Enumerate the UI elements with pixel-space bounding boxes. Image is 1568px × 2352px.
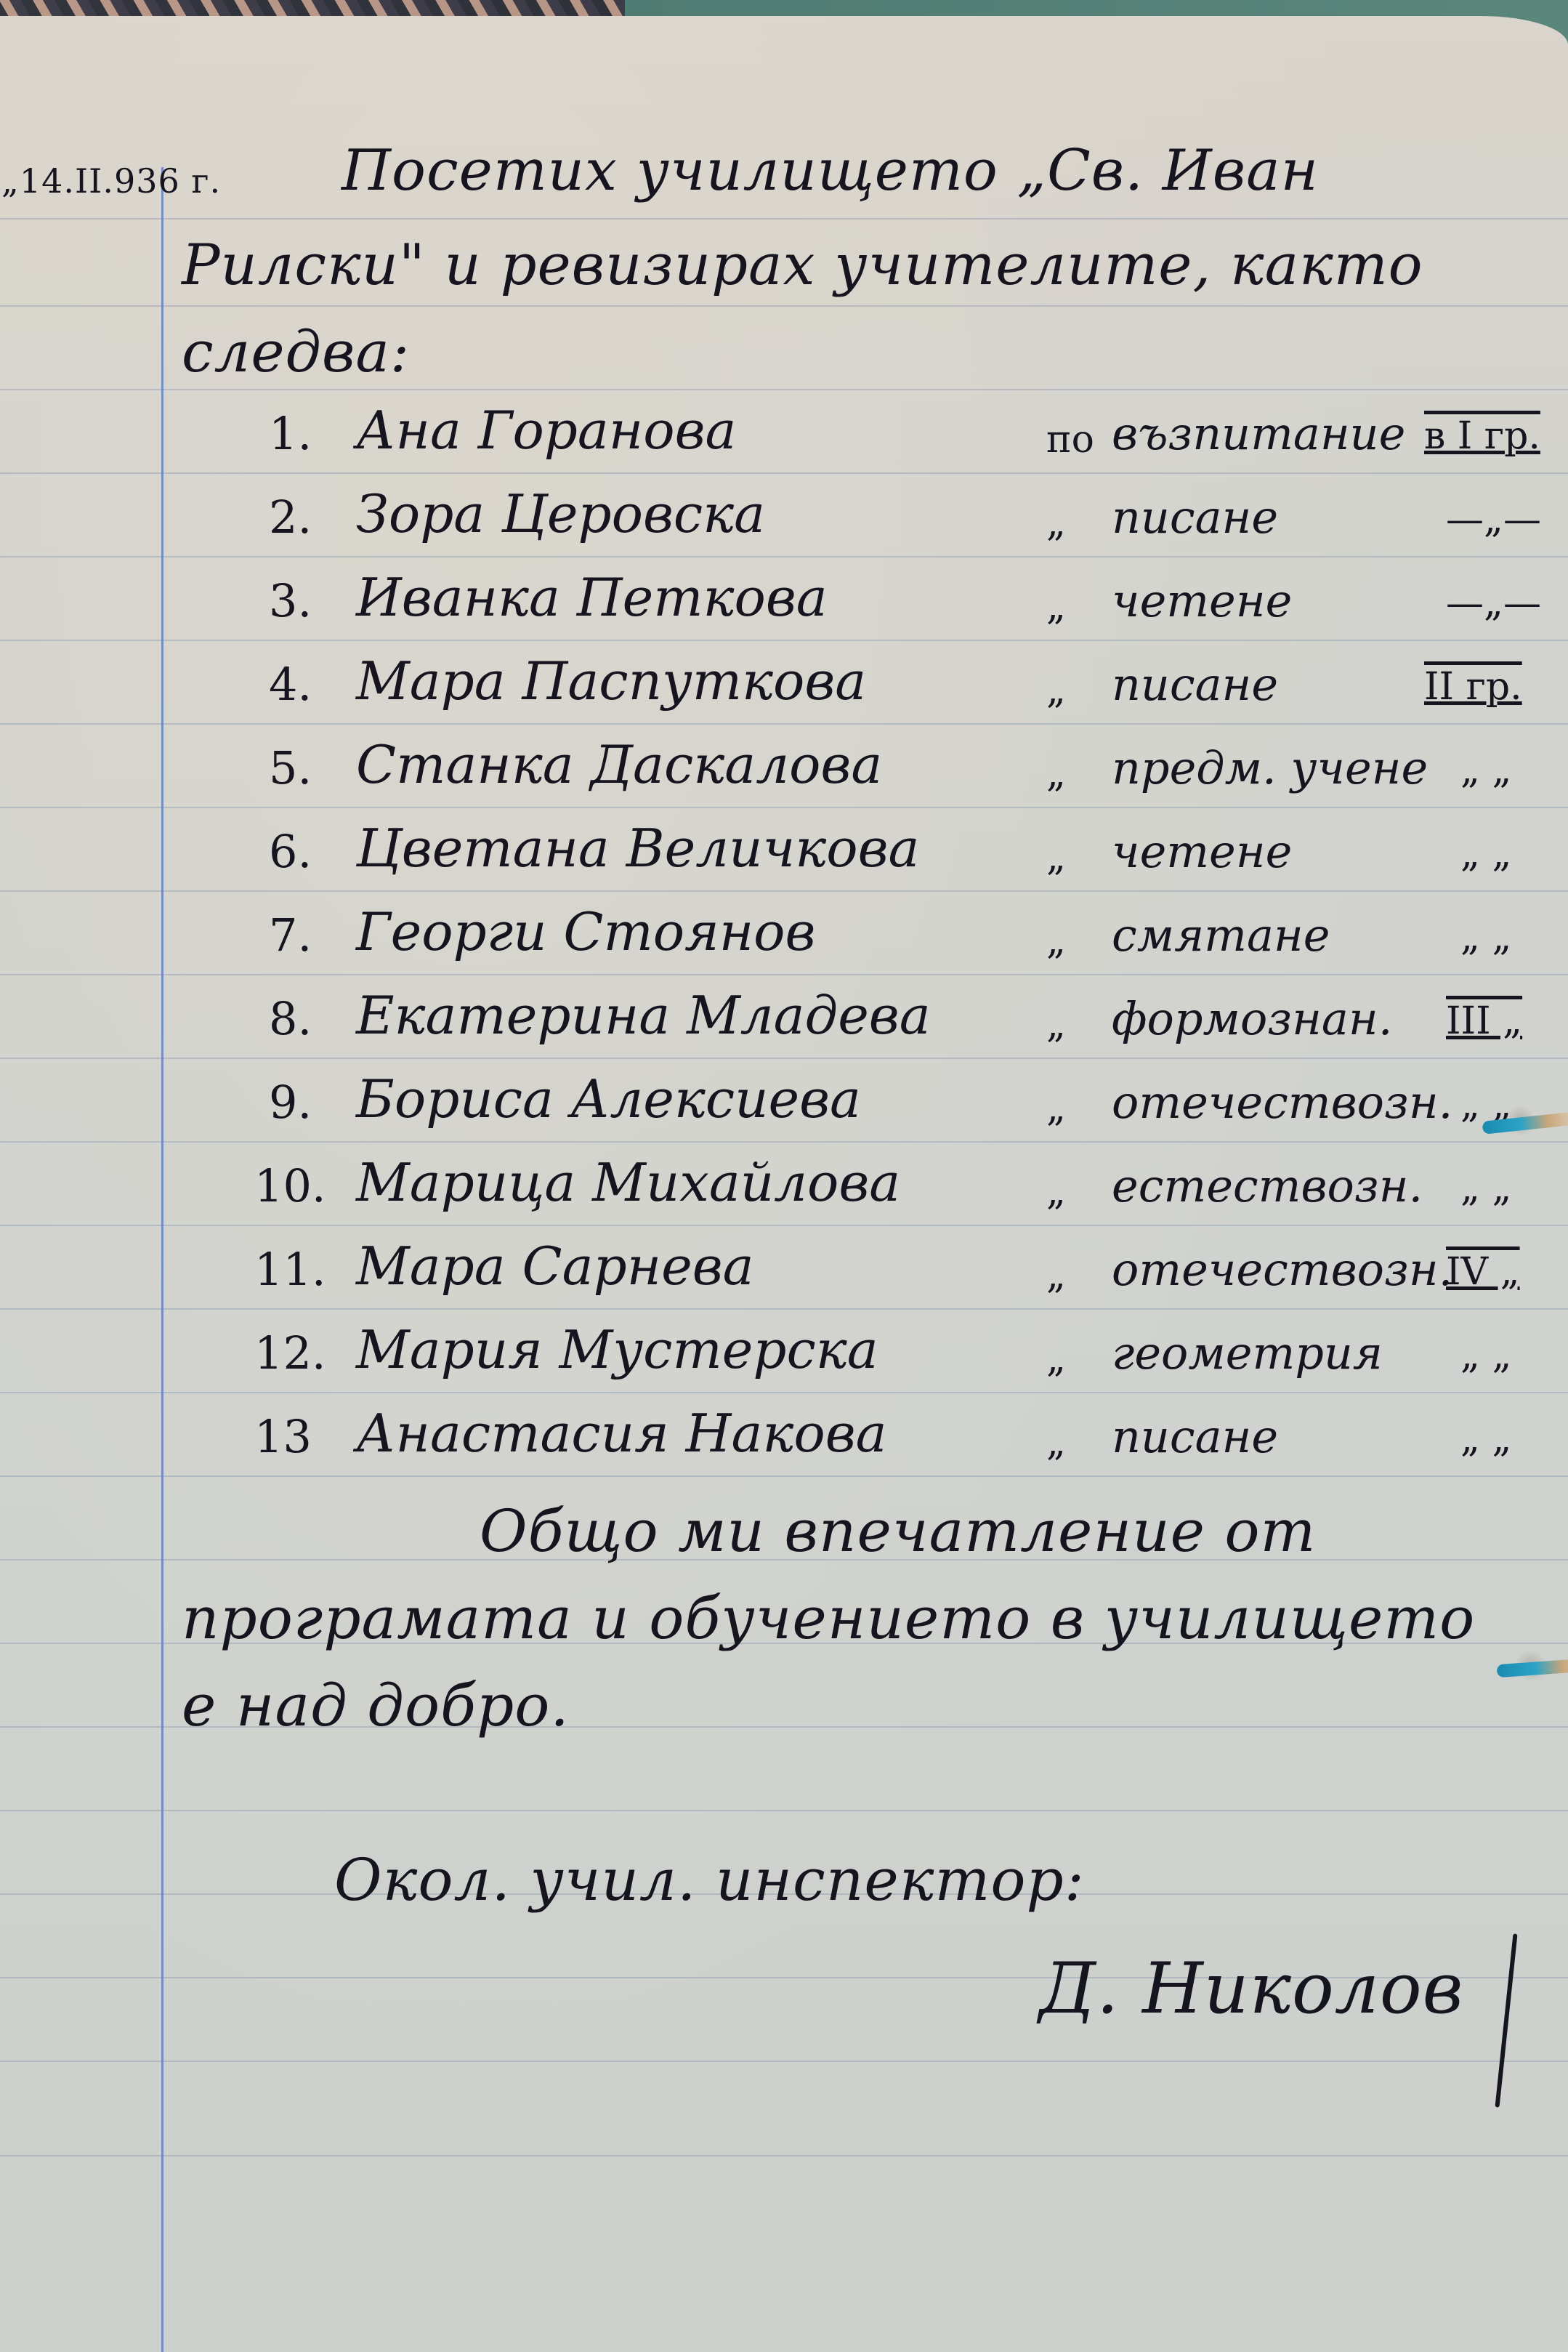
ditto-mark: „ bbox=[1046, 1087, 1066, 1130]
item-number: 4. bbox=[269, 658, 312, 711]
ruled-line bbox=[0, 556, 1568, 557]
ruled-line bbox=[0, 1058, 1568, 1059]
item-number: 7. bbox=[269, 909, 312, 962]
teacher-name: Георги Стоянов bbox=[356, 901, 815, 962]
grade: в I гр. bbox=[1424, 414, 1540, 458]
teacher-name: Зора Церовска bbox=[356, 483, 765, 544]
ditto-mark: „ bbox=[1046, 502, 1066, 545]
ruled-line bbox=[0, 1141, 1568, 1143]
ditto-mark: „ bbox=[1046, 1337, 1066, 1381]
subject: писане bbox=[1112, 658, 1278, 711]
grade: „ „ bbox=[1460, 1167, 1511, 1210]
margin-date: „14.II.936 г. bbox=[1, 161, 221, 201]
ruled-line bbox=[0, 807, 1568, 808]
intro-line-2: Рилски" и ревизирах учителите, както bbox=[182, 233, 1423, 298]
ruled-line bbox=[0, 218, 1568, 220]
ruled-line bbox=[0, 389, 1568, 390]
item-number: 13 bbox=[254, 1410, 312, 1463]
grade: IV „ bbox=[1446, 1250, 1520, 1294]
inspector-signature: Д. Николов bbox=[1039, 1948, 1464, 2029]
ditto-mark: „ bbox=[1046, 919, 1066, 963]
item-number: 11. bbox=[254, 1243, 326, 1296]
closing-line-2: програмата и обучението в училището bbox=[182, 1584, 1475, 1652]
subject: четене bbox=[1112, 574, 1292, 627]
subject: четене bbox=[1112, 825, 1292, 878]
teacher-name: Иванка Петкова bbox=[356, 567, 828, 628]
teacher-name: Мара Сарнева bbox=[356, 1236, 754, 1297]
ditto-mark: „ bbox=[1046, 1170, 1066, 1214]
ruled-line bbox=[0, 974, 1568, 975]
teacher-name: Мара Паспуткова bbox=[356, 651, 866, 712]
teacher-name: Бориса Алексиева bbox=[356, 1068, 861, 1129]
item-number: 9. bbox=[269, 1076, 312, 1129]
closing-line-3: е над добро. bbox=[182, 1672, 570, 1739]
teacher-name: Станка Даскалова bbox=[356, 734, 882, 795]
subject: писане bbox=[1112, 1410, 1278, 1463]
ruled-line bbox=[0, 1308, 1568, 1310]
grade: „ „ bbox=[1460, 832, 1511, 876]
item-number: 3. bbox=[269, 574, 312, 627]
teacher-name: Екатерина Младева bbox=[356, 985, 931, 1046]
ruled-line bbox=[0, 1225, 1568, 1226]
ditto-mark: „ bbox=[1046, 752, 1066, 796]
ruled-line bbox=[0, 305, 1568, 307]
item-number: 6. bbox=[269, 825, 312, 878]
ditto-mark: „ bbox=[1046, 585, 1066, 629]
ruled-line bbox=[0, 640, 1568, 641]
item-number: 8. bbox=[269, 992, 312, 1045]
grade: —„— bbox=[1446, 498, 1541, 541]
ditto-mark: „ bbox=[1046, 836, 1066, 879]
grade: II гр. bbox=[1424, 665, 1522, 709]
ruled-line bbox=[0, 1392, 1568, 1393]
item-number: 1. bbox=[269, 407, 312, 460]
teacher-name: Анастасия Накова bbox=[356, 1403, 887, 1464]
subject: отечествозн. bbox=[1112, 1243, 1452, 1296]
subject: предм. учене bbox=[1112, 741, 1428, 794]
inspector-title: Окол. учил. инспектор: bbox=[334, 1846, 1085, 1914]
subject: геометрия bbox=[1112, 1326, 1383, 1380]
ruled-line bbox=[0, 2155, 1568, 2156]
teacher-name: Ана Горанова bbox=[356, 400, 736, 461]
item-number: 5. bbox=[269, 741, 312, 794]
teacher-name: Мария Мустерска bbox=[356, 1319, 878, 1380]
closing-line-1: Общо ми впечатление от bbox=[480, 1497, 1316, 1565]
grade: „ „ bbox=[1460, 749, 1511, 792]
item-number: 10. bbox=[254, 1159, 326, 1212]
subject: формознан. bbox=[1112, 992, 1392, 1045]
teacher-name: Марица Михайлова bbox=[356, 1152, 900, 1213]
subject: писане bbox=[1112, 491, 1278, 544]
ruled-line bbox=[0, 2061, 1568, 2062]
grade: „ „ bbox=[1460, 1334, 1511, 1377]
ruled-line bbox=[0, 1810, 1568, 1811]
ruled-line bbox=[0, 890, 1568, 892]
intro-line-1: Посетих училището „Св. Иван bbox=[342, 138, 1319, 204]
item-number: 2. bbox=[269, 491, 312, 544]
ruled-line bbox=[0, 472, 1568, 474]
ditto-mark: по bbox=[1046, 418, 1094, 462]
ditto-mark: „ bbox=[1046, 1003, 1066, 1047]
subject: естествозн. bbox=[1112, 1159, 1423, 1212]
grade: —„— bbox=[1446, 581, 1541, 625]
item-number: 12. bbox=[254, 1326, 326, 1380]
ruled-line bbox=[0, 1475, 1568, 1477]
ditto-mark: „ bbox=[1046, 1421, 1066, 1465]
grade: „ „ bbox=[1460, 1417, 1511, 1461]
ditto-mark: „ bbox=[1046, 1254, 1066, 1297]
teacher-name: Цветана Величкова bbox=[356, 818, 919, 879]
grade: „ „ bbox=[1460, 916, 1511, 959]
subject: отечествозн. bbox=[1112, 1076, 1452, 1129]
subject: възпитание bbox=[1112, 407, 1405, 460]
grade: III „ bbox=[1446, 999, 1522, 1043]
intro-line-3: следва: bbox=[182, 320, 410, 385]
ruled-line bbox=[0, 723, 1568, 725]
ditto-mark: „ bbox=[1046, 669, 1066, 712]
subject: смятане bbox=[1112, 909, 1330, 962]
margin-rule bbox=[161, 167, 163, 2352]
